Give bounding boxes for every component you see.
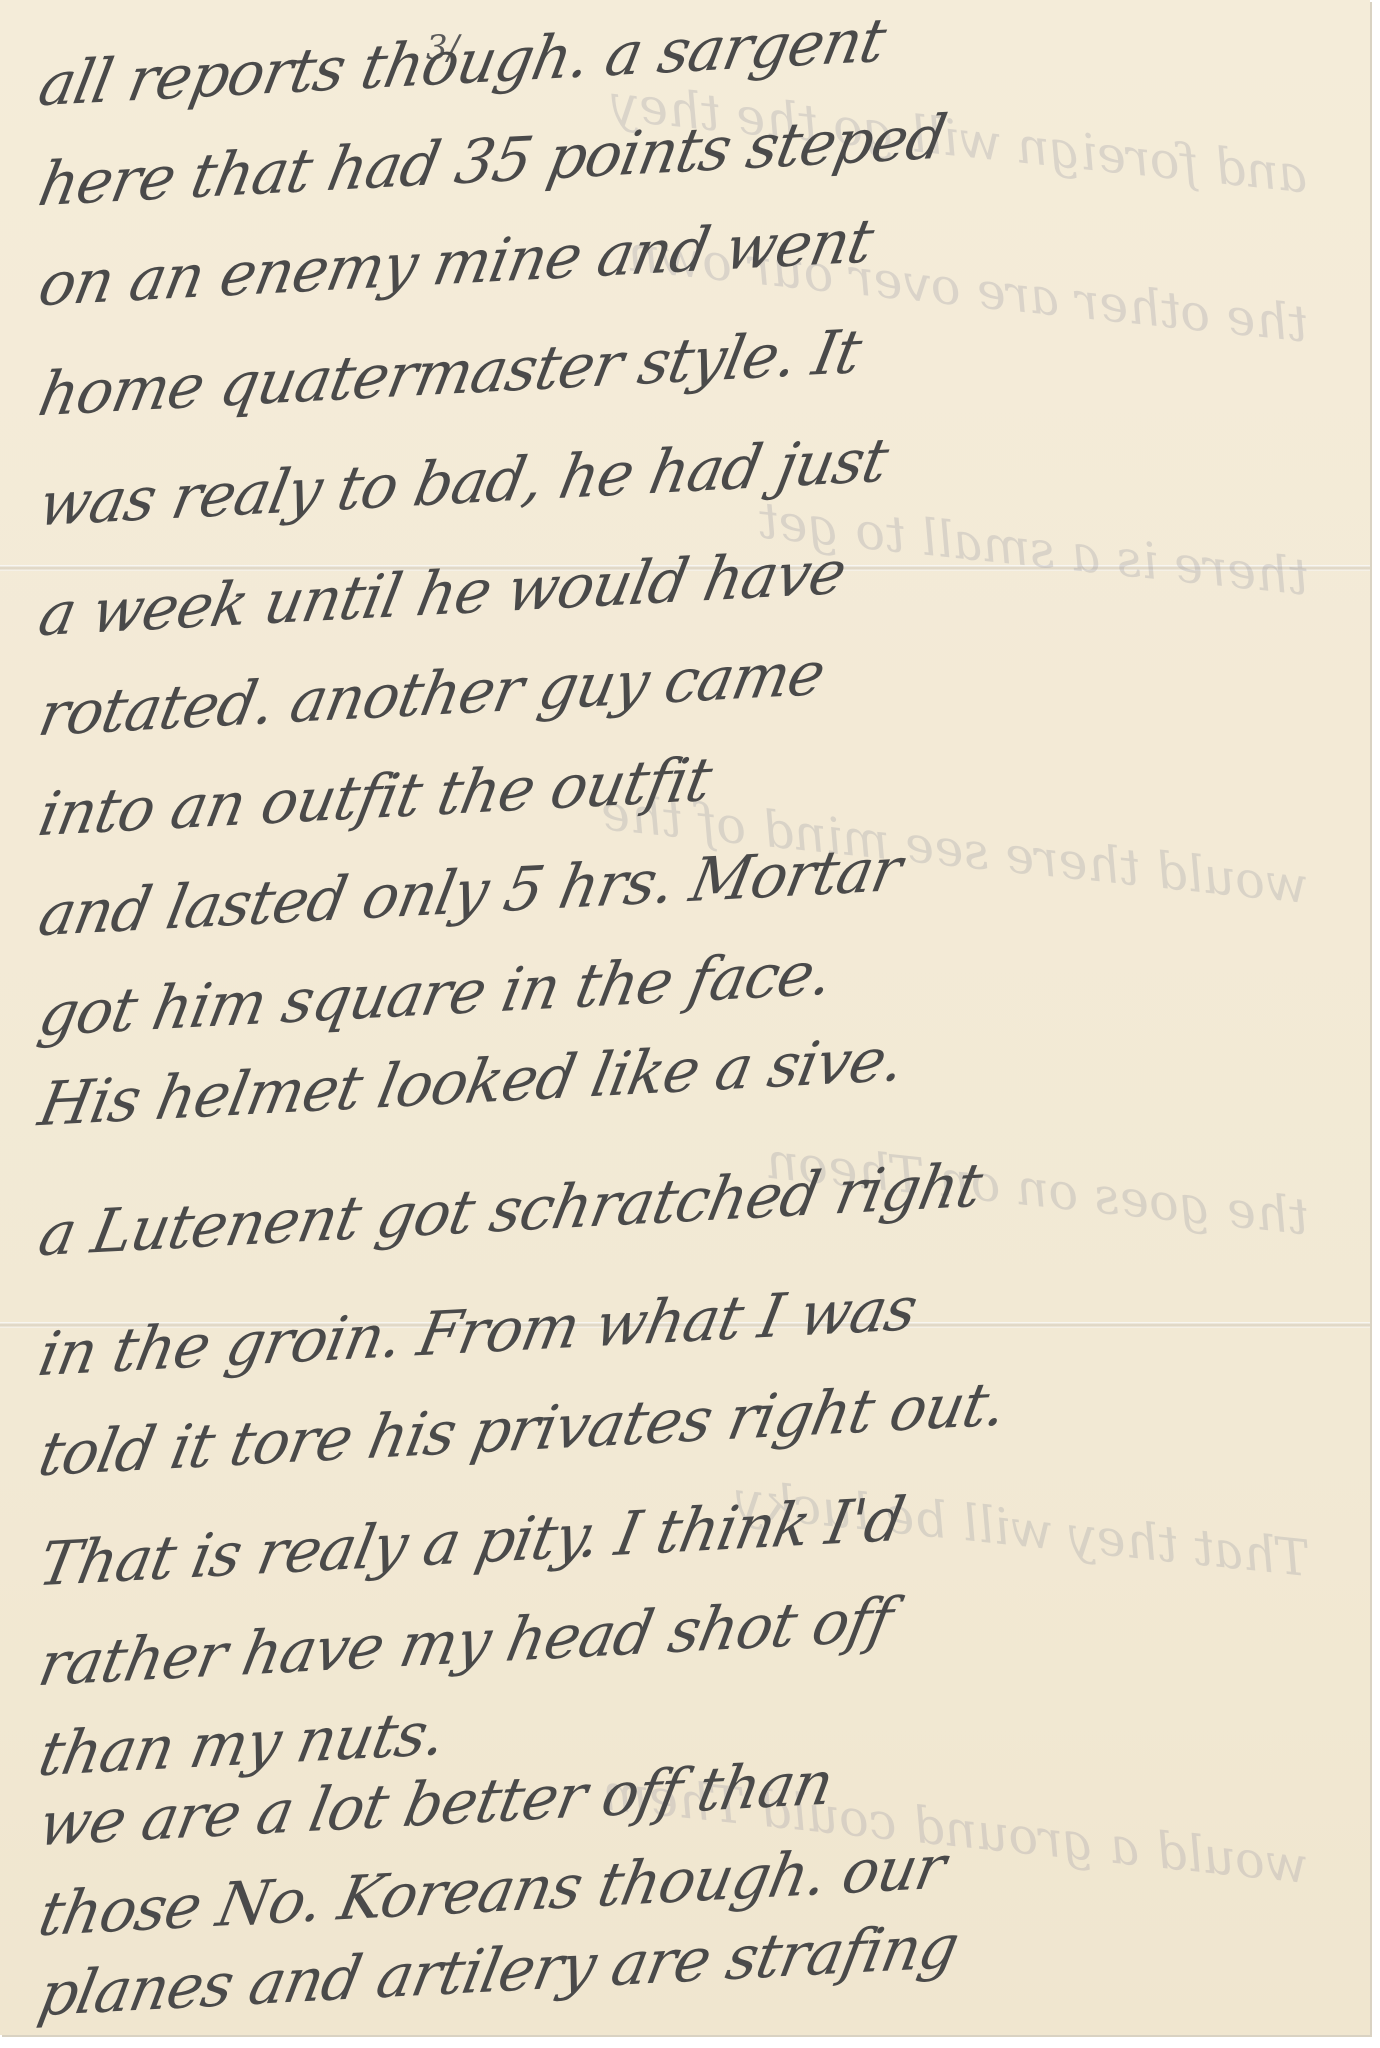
handwritten-line: here that had 35 points steped [33,102,951,220]
handwritten-line: a week until he would have [33,537,851,650]
handwritten-line: on an enemy mine and went [33,206,878,320]
handwritten-line: and lasted only 5 hrs. Mortar [33,835,907,951]
handwritten-line: in the groin. From what I was [33,1274,922,1391]
handwritten-line: told it tore his privates right out. [33,1369,1011,1490]
letter-page: and foreign will go the they the other a… [0,0,1370,2035]
handwritten-line: rather have my head shot off [33,1585,898,1700]
handwritten-line: home quatermaster style. It [33,317,866,431]
handwritten-line: a Lutenent got schratched right [33,1150,987,1270]
handwritten-line: That is realy a pity. I think I'd [33,1484,909,1600]
handwritten-line: rotated. another guy came [33,639,830,751]
